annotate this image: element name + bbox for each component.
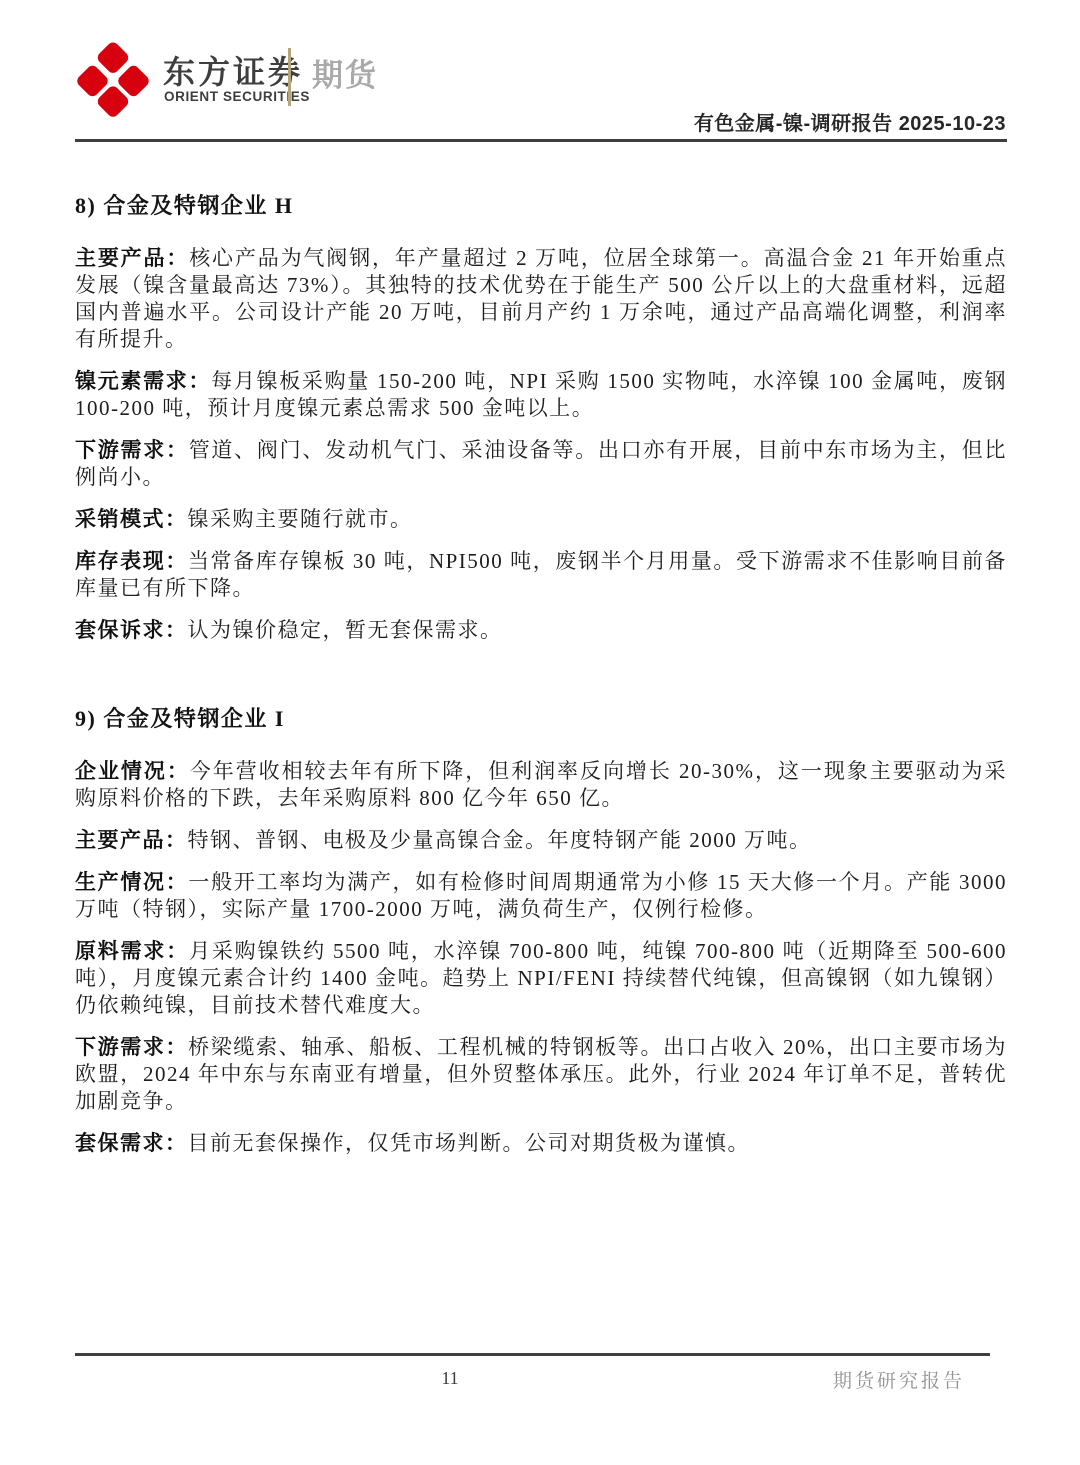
paragraph-label: 生产情况： [75, 870, 188, 894]
header-vertical-divider [288, 48, 291, 106]
paragraph-label: 下游需求： [75, 1035, 188, 1059]
paragraph-nickel-demand: 镍元素需求：每月镍板采购量 150-200 吨，NPI 采购 1500 实物吨，… [75, 368, 1007, 422]
section-heading-9: 9) 合金及特钢企业 I [75, 704, 1007, 734]
paragraph-label: 主要产品： [75, 828, 188, 852]
paragraph-text: 管道、阀门、发动机气门、采油设备等。出口亦有开展，目前中东市场为主，但比例尚小。 [75, 438, 1007, 489]
footer-rule [75, 1353, 990, 1356]
paragraph-downstream-demand: 下游需求：管道、阀门、发动机气门、采油设备等。出口亦有开展，目前中东市场为主，但… [75, 437, 1007, 491]
paragraph-text: 月采购镍铁约 5500 吨，水淬镍 700-800 吨，纯镍 700-800 吨… [75, 939, 1007, 1017]
paragraph-label: 套保诉求： [75, 618, 188, 642]
logo-chinese-name: 东方证券 [163, 47, 303, 93]
paragraph-label: 采销模式： [75, 507, 188, 531]
paragraph-label: 企业情况： [75, 759, 190, 783]
paragraph-company-situation: 企业情况：今年营收相较去年有所下降，但利润率反向增长 20-30%，这一现象主要… [75, 758, 1007, 812]
report-title-line: 有色金属-镍-调研报告 2025-10-23 [694, 107, 1006, 136]
paragraph-production: 生产情况：一般开工率均为满产，如有检修时间周期通常为小修 15 天大修一个月。产… [75, 869, 1007, 923]
section-heading-8: 8) 合金及特钢企业 H [75, 191, 1007, 221]
paragraph-hedging-demand: 套保需求：目前无套保操作，仅凭市场判断。公司对期货极为谨慎。 [75, 1130, 1007, 1157]
paragraph-inventory: 库存表现：当常备库存镍板 30 吨，NPI500 吨，废钢半个月用量。受下游需求… [75, 548, 1007, 602]
paragraph-hedging-appeal: 套保诉求：认为镍价稳定，暂无套保需求。 [75, 617, 1007, 644]
paragraph-downstream-demand: 下游需求：桥梁缆索、轴承、船板、工程机械的特钢板等。出口占收入 20%，出口主要… [75, 1034, 1007, 1115]
paragraph-text: 今年营收相较去年有所下降，但利润率反向增长 20-30%，这一现象主要驱动为采购… [75, 759, 1007, 810]
paragraph-label: 原料需求： [75, 939, 189, 963]
division-label-futures: 期货 [312, 50, 378, 95]
paragraph-label: 套保需求： [75, 1131, 188, 1155]
paragraph-label: 镍元素需求： [75, 369, 211, 393]
paragraph-label: 主要产品： [75, 246, 189, 270]
paragraph-text: 目前无套保操作，仅凭市场判断。公司对期货极为谨慎。 [188, 1131, 751, 1155]
paragraph-procurement-mode: 采销模式：镍采购主要随行就市。 [75, 506, 1007, 533]
paragraph-label: 下游需求： [75, 438, 189, 462]
orient-securities-logo-icon [78, 46, 148, 116]
paragraph-text: 核心产品为气阀钢，年产量超过 2 万吨，位居全球第一。高温合金 21 年开始重点… [75, 246, 1007, 351]
header-rule [75, 139, 1007, 142]
footer-report-type: 期货研究报告 [833, 1366, 965, 1393]
paragraph-main-products: 主要产品：核心产品为气阀钢，年产量超过 2 万吨，位居全球第一。高温合金 21 … [75, 245, 1007, 353]
report-page: 东方证券 ORIENT SECURITIES 期货 有色金属-镍-调研报告 20… [0, 0, 1080, 1465]
page-number: 11 [390, 1368, 510, 1389]
paragraph-text: 特钢、普钢、电极及少量高镍合金。年度特钢产能 2000 万吨。 [188, 828, 812, 852]
paragraph-main-products: 主要产品：特钢、普钢、电极及少量高镍合金。年度特钢产能 2000 万吨。 [75, 827, 1007, 854]
paragraph-text: 一般开工率均为满产，如有检修时间周期通常为小修 15 天大修一个月。产能 300… [75, 870, 1007, 921]
paragraph-text: 当常备库存镍板 30 吨，NPI500 吨，废钢半个月用量。受下游需求不佳影响目… [75, 549, 1007, 600]
paragraph-text: 镍采购主要随行就市。 [188, 507, 413, 531]
report-body: 8) 合金及特钢企业 H 主要产品：核心产品为气阀钢，年产量超过 2 万吨，位居… [75, 191, 1007, 1172]
paragraph-text: 每月镍板采购量 150-200 吨，NPI 采购 1500 实物吨，水淬镍 10… [75, 369, 1007, 420]
paragraph-text: 认为镍价稳定，暂无套保需求。 [188, 618, 503, 642]
paragraph-label: 库存表现： [75, 549, 188, 573]
logo-diamond-group [75, 43, 151, 119]
paragraph-raw-material-demand: 原料需求：月采购镍铁约 5500 吨，水淬镍 700-800 吨，纯镍 700-… [75, 938, 1007, 1019]
paragraph-text: 桥梁缆索、轴承、船板、工程机械的特钢板等。出口占收入 20%，出口主要市场为欧盟… [75, 1035, 1007, 1113]
